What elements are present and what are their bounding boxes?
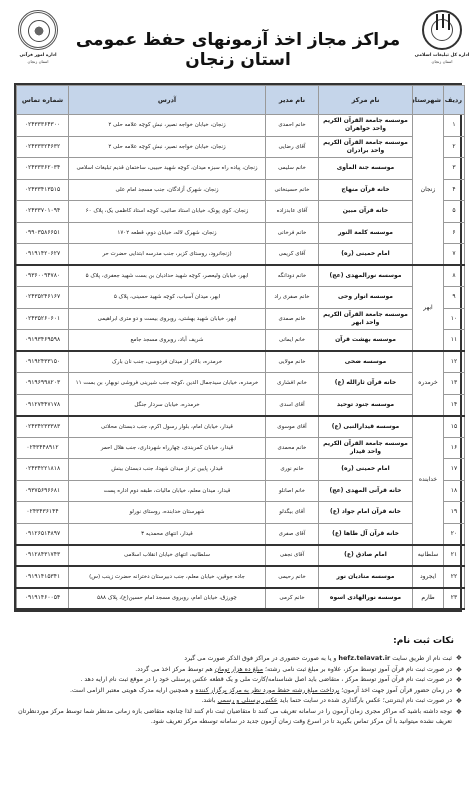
- address: قیدار، خیابان کمربندی، چهارراه شهرداری، …: [69, 437, 266, 459]
- document-page: اداره کل تبلیغات اسلامی استان زنجان مراک…: [0, 0, 476, 800]
- city-cell: زنجان: [413, 115, 444, 266]
- center-name: خانه قرآن منهاج: [319, 179, 413, 201]
- phone-number: ۰۹۱۲۷۴۴۷۱۷۸: [17, 394, 69, 416]
- page-title: مراکز مجاز اخذ آزمونهای حفظ عمومی استان …: [70, 30, 406, 70]
- phone-number: ۰۲۴۳۳۷۰۱۰۹۴: [17, 201, 69, 223]
- row-number: ۲۱: [444, 545, 465, 567]
- row-number: ۱۱: [444, 330, 465, 352]
- address: چورزق، خیابان امام، روبروی مسجد امام حسی…: [69, 588, 266, 610]
- address: زنجان، پیاده راه سبزه میدان، کوچه شهید ح…: [69, 158, 266, 180]
- note-text: در صورت ثبت نام قرآن آموز توسط مرکز، علا…: [263, 666, 452, 673]
- address: شهرستان خدابنده، روستای نورلو: [69, 502, 266, 524]
- center-name: خانه قرآن امام جواد (ع): [319, 502, 413, 524]
- manager-name: آقای موسوی: [266, 416, 319, 438]
- note-item: ❖توجه داشته باشید که مراکز مجری زمان آزم…: [14, 707, 462, 728]
- row-number: ۹: [444, 287, 465, 309]
- notes-title: نکات ثبت نام:: [14, 636, 454, 646]
- address: ابهر، میدان آسیاب، کوچه شهید حسینی، پلاک…: [69, 287, 266, 309]
- phone-number: ۰۹۱۲۸۴۳۱۷۴۳: [17, 545, 69, 567]
- diamond-bullet-icon: ❖: [456, 686, 462, 697]
- note-emphasis: عکس پرسنلی و رسمی: [217, 697, 277, 704]
- note-text: توجه داشته باشید که مراکز مجری زمان آزمو…: [18, 708, 452, 726]
- row-number: ۲: [444, 136, 465, 158]
- note-text: در صورت ثبت نام اینترنتی؛ عکس بارگذاری ش…: [278, 697, 452, 704]
- center-name: امام خمینی (ره): [319, 459, 413, 481]
- note-item: ❖در صورت ثبت نام اینترنتی؛ عکس بارگذاری …: [14, 696, 462, 707]
- row-number: ۱۴: [444, 394, 465, 416]
- address: خرمدره، خیابان سردار جنگل: [69, 394, 266, 416]
- table-row: ۱۹خانه قرآن امام جواد (ع)آقای بیگدلوشهرس…: [17, 502, 465, 524]
- table-row: ۱زنجانموسسه جامعة القرآن الکریم واحد خوا…: [17, 115, 465, 137]
- manager-name: آقای بیگدلو: [266, 502, 319, 524]
- city-cell: طارم: [413, 588, 444, 610]
- address: قیدار، انتهای محمدیه ۳: [69, 523, 266, 545]
- row-number: ۶: [444, 222, 465, 244]
- row-number: ۱۸: [444, 480, 465, 502]
- phone-number: ۰۲۴۳۳۳۲۴۶۳۲: [17, 136, 69, 158]
- col-header-address: آدرس: [69, 86, 266, 115]
- address: جاده جوقین، خیابان معلم، جنب دبیرستان دخ…: [69, 566, 266, 588]
- table-row: ۷امام خمینی (ره)آقای کریمی(زنجانرود، روس…: [17, 244, 465, 266]
- address: زنجان، شهرک لاله، خیابان دوم، قطعه ۱۷۰۲: [69, 222, 266, 244]
- row-number: ۱۵: [444, 416, 465, 438]
- row-number: ۱۰: [444, 308, 465, 330]
- center-name: موسسه جامعة القرآن الکریم واحد قیدار: [319, 437, 413, 459]
- table-row: ۱۲خرمدرهموسسه ضحیخانم مولاییخرمدره، بالا…: [17, 351, 465, 373]
- table-row: ۲۲ایجرودموسسه منادیان نورخانم رحیمیجاده …: [17, 566, 465, 588]
- center-name: خانه قرآنی المهدی (عج): [319, 480, 413, 502]
- manager-name: خانم رحیمی: [266, 566, 319, 588]
- center-name: موسسه انوار وحی: [319, 287, 413, 309]
- diamond-bullet-icon: ❖: [456, 696, 462, 707]
- note-text: در زمان حضور قرآن آموز جهت اخذ آزمون؛: [339, 687, 452, 694]
- row-number: ۴: [444, 179, 465, 201]
- phone-number: ۰۲۴۳۳۴۱۳۵۱۵: [17, 179, 69, 201]
- address: ابهر، خیابان شهید بهشتی، روبروی بیست و د…: [69, 308, 266, 330]
- manager-name: خانم سلیمی: [266, 158, 319, 180]
- manager-name: خانم احمدی: [266, 115, 319, 137]
- center-name: خانه قرآن آل طاها (ع): [319, 523, 413, 545]
- phone-number: ۰۲۴۳۴۴۸۹۱۲: [17, 437, 69, 459]
- row-number: ۱: [444, 115, 465, 137]
- row-number: ۱۷: [444, 459, 465, 481]
- col-header-center-name: نام مرکز: [319, 86, 413, 115]
- row-number: ۷: [444, 244, 465, 266]
- col-header-manager: نام مدیر: [266, 86, 319, 115]
- document-header: اداره کل تبلیغات اسلامی استان زنجان مراک…: [0, 0, 476, 82]
- manager-name: خانم فرخانی: [266, 222, 319, 244]
- city-cell: سلطانیه: [413, 545, 444, 567]
- address: زنجان، خیابان خواجه نصیر، نبش کوچه علامه…: [69, 115, 266, 137]
- phone-number: ۰۲۴۳۳۳۶۲۰۳۴: [17, 158, 69, 180]
- note-item: ❖در صورت ثبت نام قرآن آموز توسط مرکز، عل…: [14, 665, 462, 676]
- registration-notes: نکات ثبت نام: ❖ثبت نام از طریق سایت hefz…: [14, 636, 462, 728]
- center-name: خانه قرآن مبین: [319, 201, 413, 223]
- manager-name: خانم نوری: [266, 459, 319, 481]
- table-row: ۳موسسه جنة المأویخانم سلیمیزنجان، پیاده …: [17, 158, 465, 180]
- address: سلطانیه، انتهای خیابان انقلاب اسلامی: [69, 545, 266, 567]
- note-emphasis: مبلغ ده هزار تومان: [215, 666, 263, 673]
- center-name: موسسه جنة المأوی: [319, 158, 413, 180]
- phone-number: ۰۹۱۹۳۴۶۹۵۹۸: [17, 330, 69, 352]
- center-name: موسسه نورالهادی اسوه: [319, 588, 413, 610]
- center-name: موسسه جامعة القرآن الکریم واحد خواهران: [319, 115, 413, 137]
- seal-icon: [18, 10, 58, 50]
- phone-number: ۰۲۴۳۴۳۶۱۴۴: [17, 502, 69, 524]
- phone-number: ۰۹۱۹۱۴۶۰۰۵۴: [17, 588, 69, 610]
- islamic-propagation-logo: اداره کل تبلیغات اسلامی استان زنجان: [414, 10, 470, 76]
- center-name: موسسه قیدارالنبی (ع): [319, 416, 413, 438]
- phone-number: ۰۲۴۳۵۲۴۶۱۶۷: [17, 287, 69, 309]
- manager-name: آقای نجفی: [266, 545, 319, 567]
- row-number: ۲۰: [444, 523, 465, 545]
- manager-name: خانم دودانگه: [266, 265, 319, 287]
- table-body: ۱زنجانموسسه جامعة القرآن الکریم واحد خوا…: [17, 115, 465, 610]
- table-row: ۱۸خانه قرآنی المهدی (عج)خانم اصانلوقیدار…: [17, 480, 465, 502]
- center-name: موسسه ضحی: [319, 351, 413, 373]
- table-row: ۱۰موسسه جامعة القرآن الکریم واحد ابهرخان…: [17, 308, 465, 330]
- note-text: در صورت ثبت نام قرآن آموز توسط مرکز ، مت…: [81, 676, 453, 683]
- row-number: ۸: [444, 265, 465, 287]
- table-row: ۶موسسه کلمة النورخانم فرخانیزنجان، شهرک …: [17, 222, 465, 244]
- center-name: موسسه نورالمهدی (عج): [319, 265, 413, 287]
- table-row: ۱۴موسسه جنود توحیدآقای اسدیخرمدره، خیابا…: [17, 394, 465, 416]
- city-cell: خرمدره: [413, 351, 444, 416]
- note-text-end: باشد.: [201, 697, 217, 704]
- manager-name: خانم حسینخانی: [266, 179, 319, 201]
- diamond-bullet-icon: ❖: [456, 665, 462, 676]
- manager-name: آقای کریمی: [266, 244, 319, 266]
- phone-number: ۰۹۱۲۶۵۱۴۸۹۷: [17, 523, 69, 545]
- city-cell: ابهر: [413, 265, 444, 351]
- phone-number: ۰۲۴۳۵۲۶۰۶۰۱: [17, 308, 69, 330]
- centers-table: ردیف شهرستان نام مرکز نام مدیر آدرس شمار…: [14, 83, 462, 612]
- phone-number: ۰۹۱۹۲۴۳۳۱۵۰: [17, 351, 69, 373]
- center-name: موسسه کلمة النور: [319, 222, 413, 244]
- table-row: ۱۳خانه قرآن ثارالله (ع)خانم افشاریخرمدره…: [17, 373, 465, 395]
- table-row: ۱۷امام خمینی (ره)خانم نوریقیدار، پایین ت…: [17, 459, 465, 481]
- center-name: موسسه جامعة القرآن الکریم واحد ابهر: [319, 308, 413, 330]
- table-row: ۱۶موسسه جامعة القرآن الکریم واحد قیدارخا…: [17, 437, 465, 459]
- manager-name: خانم ایمانی: [266, 330, 319, 352]
- manager-name: خانم مولایی: [266, 351, 319, 373]
- row-number: ۱۳: [444, 373, 465, 395]
- diamond-bullet-icon: ❖: [456, 675, 462, 686]
- note-text-end: و یا به صورت حضوری در مراکز فوق الذکر صو…: [184, 655, 338, 662]
- website-link[interactable]: hefz.telavat.ir: [338, 654, 390, 662]
- row-number: ۲۲: [444, 566, 465, 588]
- city-cell: ایجرود: [413, 566, 444, 588]
- note-item: ❖ثبت نام از طریق سایت hefz.telavat.ir و …: [14, 653, 462, 665]
- center-name: امام صادق (ع): [319, 545, 413, 567]
- center-name: موسسه جنود توحید: [319, 394, 413, 416]
- table-row: ۹موسسه انوار وحیخانم صفری رادابهر، میدان…: [17, 287, 465, 309]
- center-name: خانه قرآن ثارالله (ع): [319, 373, 413, 395]
- col-header-phone: شماره تماس: [17, 86, 69, 115]
- address: خرمدره، خیابان سیدجمال الدین ،کوچه جنب ش…: [69, 373, 266, 395]
- phone-number: ۰۹۳۶۰۰۹۴۷۸۰: [17, 265, 69, 287]
- address: (زنجانرود، روستای کزبر، جنب مدرسه ابتدای…: [69, 244, 266, 266]
- note-item: ❖در صورت ثبت نام قرآن آموز توسط مرکز ، م…: [14, 675, 462, 686]
- center-name: موسسه جامعة القرآن الکریم واحد برادران: [319, 136, 413, 158]
- table-row: ۲۱سلطانیهامام صادق (ع)آقای نجفیسلطانیه، …: [17, 545, 465, 567]
- logo-caption-sub: استان زنجان: [414, 59, 470, 64]
- manager-name: آقای اسدی: [266, 394, 319, 416]
- address: زنجان، کوی پونک، خیابان استاد صائبی، کوچ…: [69, 201, 266, 223]
- note-text-end: و همچنین ارایه مدرک هویتی معتبر الزامی ا…: [70, 687, 195, 694]
- row-number: ۳: [444, 158, 465, 180]
- logo-caption-sub: استان زنجان: [10, 59, 66, 64]
- phone-number: ۰۹۹۰۳۵۸۶۶۵۱: [17, 222, 69, 244]
- address: زنجان، خیابان خواجه نصیر، نبش کوچه علامه…: [69, 136, 266, 158]
- row-number: ۱۲: [444, 351, 465, 373]
- address: خرمدره، بالاتر از میدان فردوسی، جنب نان …: [69, 351, 266, 373]
- row-number: ۵: [444, 201, 465, 223]
- phone-number: ۰۹۱۹۱۴۲۰۶۲۷: [17, 244, 69, 266]
- phone-number: ۰۲۴۳۴۲۲۱۸۱۸: [17, 459, 69, 481]
- diamond-bullet-icon: ❖: [456, 653, 462, 664]
- table-row: ۸ابهرموسسه نورالمهدی (عج)خانم دودانگهابه…: [17, 265, 465, 287]
- table-row: ۲موسسه جامعة القرآن الکریم واحد برادرانآ…: [17, 136, 465, 158]
- center-name: موسسه بهشت قرآن: [319, 330, 413, 352]
- row-number: ۱۹: [444, 502, 465, 524]
- quranic-affairs-logo: اداره امور قرآنی استان زنجان: [10, 10, 66, 76]
- table-row: ۱۵خدابندهموسسه قیدارالنبی (ع)آقای موسویق…: [17, 416, 465, 438]
- col-header-row-number: ردیف: [444, 86, 465, 115]
- address: قیدار، میدان معلم، خیابان مالیات، طبقه د…: [69, 480, 266, 502]
- phone-number: ۰۹۱۹۱۴۱۵۳۴۱: [17, 566, 69, 588]
- city-cell: خدابنده: [413, 416, 444, 545]
- table-row: ۲۳طارمموسسه نورالهادی اسوهخانم کرمیچورزق…: [17, 588, 465, 610]
- row-number: ۱۶: [444, 437, 465, 459]
- manager-name: خانم صمدی: [266, 308, 319, 330]
- note-text: ثبت نام از طریق سایت: [390, 655, 452, 662]
- diamond-bullet-icon: ❖: [456, 707, 462, 718]
- note-item: ❖در زمان حضور قرآن آموز جهت اخذ آزمون؛ پ…: [14, 686, 462, 697]
- phone-number: ۰۲۴۳۳۳۶۴۳۰۰: [17, 115, 69, 137]
- table-row: ۱۱موسسه بهشت قرآنخانم ایمانیشریف آباد، ر…: [17, 330, 465, 352]
- table-header-row: ردیف شهرستان نام مرکز نام مدیر آدرس شمار…: [17, 86, 465, 115]
- address: قیدار، خیابان امام، بلوار رسول اکرم، جنب…: [69, 416, 266, 438]
- manager-name: خانم اصانلو: [266, 480, 319, 502]
- notes-list: ❖ثبت نام از طریق سایت hefz.telavat.ir و …: [14, 653, 462, 728]
- center-name: موسسه منادیان نور: [319, 566, 413, 588]
- address: ابهر، خیابان ولیعصر، کوچه شهید حدادیان ب…: [69, 265, 266, 287]
- manager-name: آقای عابدزاده: [266, 201, 319, 223]
- address: شریف آباد، روبروی مسجد جامع: [69, 330, 266, 352]
- manager-name: خانم کرمی: [266, 588, 319, 610]
- row-number: ۲۳: [444, 588, 465, 610]
- phone-number: ۰۹۱۹۶۹۹۸۲۰۳: [17, 373, 69, 395]
- note-text-end: هم توسط مرکز اخذ می گردد.: [135, 666, 214, 673]
- manager-name: آقای رضایی: [266, 136, 319, 158]
- table-row: ۲۰خانه قرآن آل طاها (ع)آقای صفریقیدار، ا…: [17, 523, 465, 545]
- address: زنجان، شهرک آزادگان، جنب مسجد امام علی: [69, 179, 266, 201]
- center-name: امام خمینی (ره): [319, 244, 413, 266]
- emblem-icon: [422, 10, 462, 50]
- table-row: ۵خانه قرآن مبینآقای عابدزادهزنجان، کوی پ…: [17, 201, 465, 223]
- note-emphasis: پرداخت مبلغ رشته حفظ مورد نظر به مرکز بر…: [195, 687, 339, 694]
- phone-number: ۰۹۳۷۵۶۹۶۶۸۱: [17, 480, 69, 502]
- manager-name: خانم افشاری: [266, 373, 319, 395]
- col-header-city: شهرستان: [413, 86, 444, 115]
- address: قیدار، پایین تر از میدان شهدا، جنب دبستا…: [69, 459, 266, 481]
- manager-name: خانم محمدی: [266, 437, 319, 459]
- manager-name: آقای صفری: [266, 523, 319, 545]
- table-row: ۴خانه قرآن منهاجخانم حسینخانیزنجان، شهرک…: [17, 179, 465, 201]
- manager-name: خانم صفری راد: [266, 287, 319, 309]
- phone-number: ۰۲۴۳۴۲۳۳۳۸۳: [17, 416, 69, 438]
